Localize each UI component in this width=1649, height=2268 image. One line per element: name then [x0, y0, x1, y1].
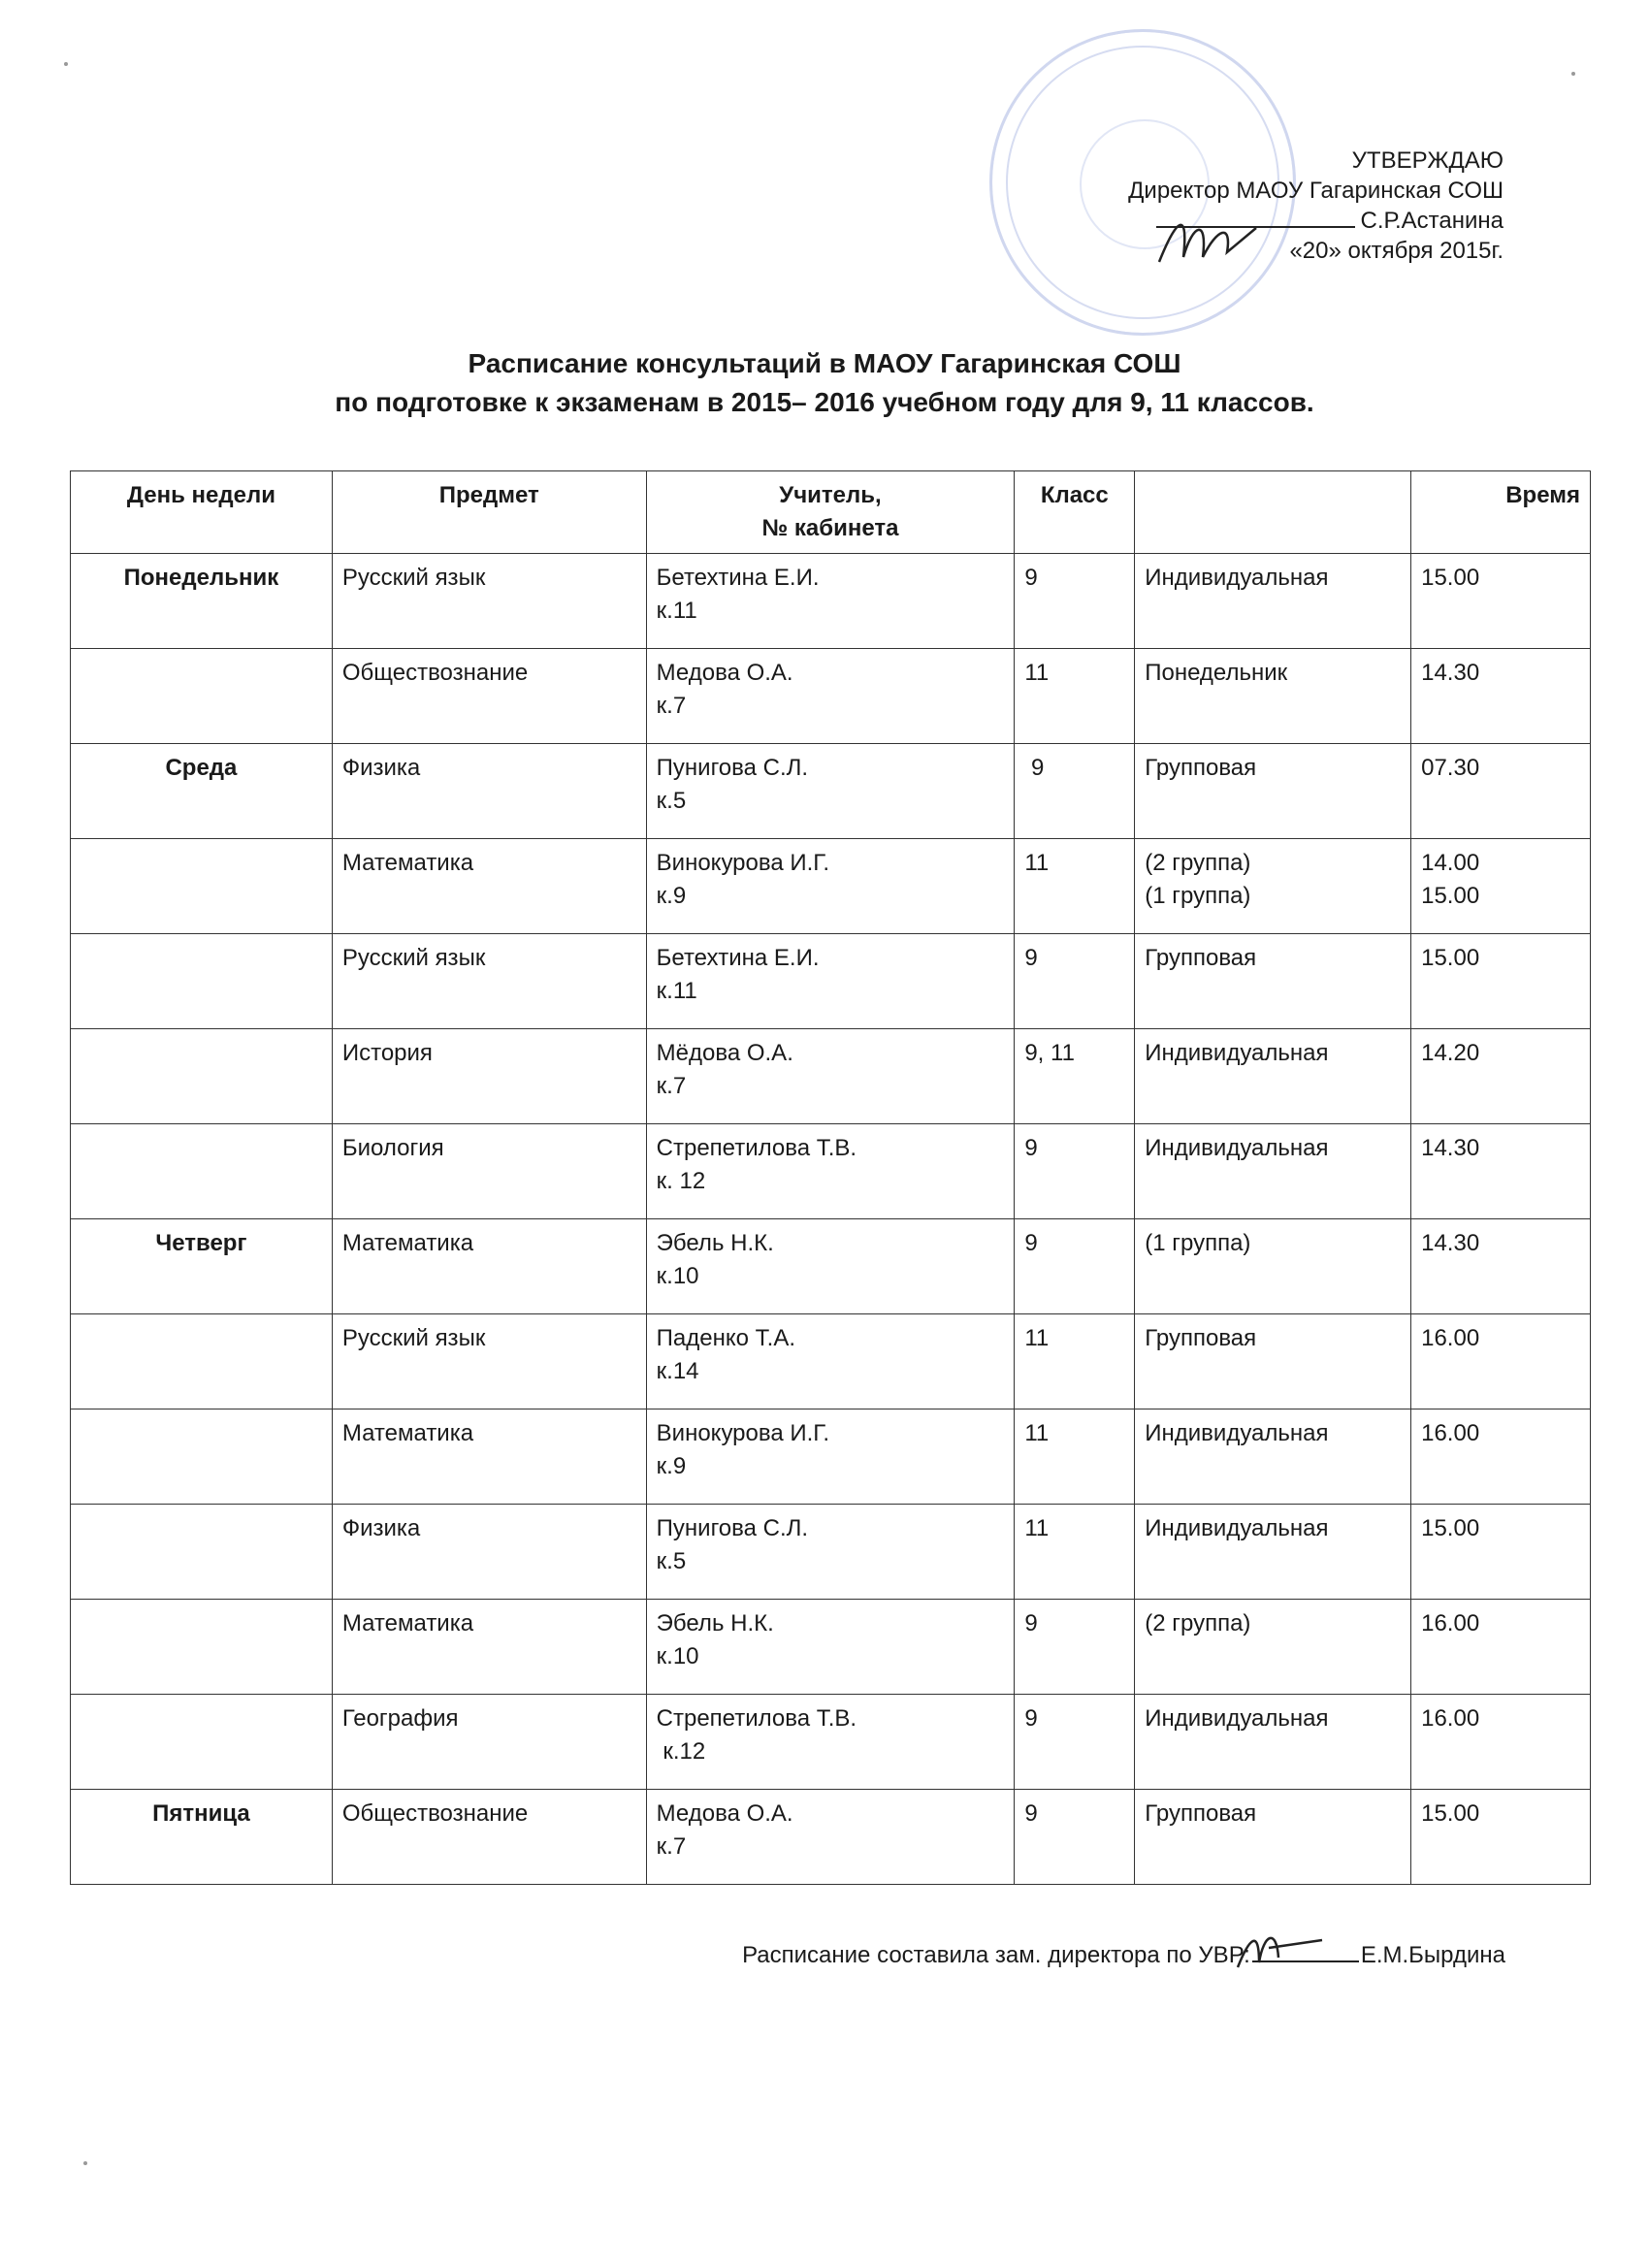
cell-day [71, 1505, 333, 1600]
teacher-name: Эбель Н.К. [657, 1227, 1005, 1260]
footer-name: Е.М.Бырдина [1361, 1942, 1505, 1968]
teacher-name: Пунигова С.Л. [657, 752, 1005, 785]
table-row: ИсторияМёдова О.А.к.79, 11Индивидуальная… [71, 1029, 1591, 1124]
type-line-1: Групповая [1145, 752, 1401, 785]
cell-class: 9 [1015, 554, 1135, 649]
cell-time: 15.00 [1411, 1505, 1591, 1600]
cell-type: Понедельник [1135, 649, 1411, 744]
cell-teacher: Стрепетилова Т.В.к. 12 [646, 1124, 1015, 1219]
cell-day [71, 1695, 333, 1790]
room-number: к. 12 [657, 1165, 1005, 1198]
room-number: к.9 [657, 880, 1005, 913]
cell-teacher: Медова О.А.к.7 [646, 649, 1015, 744]
cell-type: (2 группа) [1135, 1600, 1411, 1695]
cell-type: Индивидуальная [1135, 1505, 1411, 1600]
header-class: Класс [1015, 471, 1135, 554]
cell-subject: Русский язык [332, 934, 646, 1029]
cell-class: 9, 11 [1015, 1029, 1135, 1124]
room-number: к.11 [657, 975, 1005, 1008]
cell-class: 9 [1015, 1790, 1135, 1885]
table-row: ПонедельникРусский языкБетехтина Е.И.к.1… [71, 554, 1591, 649]
cell-class: 9 [1015, 1600, 1135, 1695]
cell-subject: Математика [332, 1409, 646, 1505]
cell-type: Индивидуальная [1135, 1029, 1411, 1124]
cell-class: 11 [1015, 1409, 1135, 1505]
cell-time: 16.00 [1411, 1314, 1591, 1409]
room-number: к.7 [657, 1070, 1005, 1103]
type-line-1: (2 группа) [1145, 847, 1401, 880]
room-number: к.9 [657, 1450, 1005, 1483]
cell-time: 15.00 [1411, 554, 1591, 649]
teacher-name: Пунигова С.Л. [657, 1512, 1005, 1545]
header-time: Время [1411, 471, 1591, 554]
cell-teacher: Пунигова С.Л.к.5 [646, 744, 1015, 839]
cell-subject: Физика [332, 744, 646, 839]
cell-time: 15.00 [1411, 934, 1591, 1029]
room-number: к.14 [657, 1355, 1005, 1388]
cell-day [71, 1600, 333, 1695]
type-line-1: Индивидуальная [1145, 1037, 1401, 1070]
type-line-2: (1 группа) [1145, 880, 1401, 913]
header-teacher-line2: № кабинета [657, 512, 1005, 545]
table-row: МатематикаЭбель Н.К.к.109(2 группа)16.00 [71, 1600, 1591, 1695]
cell-time: 15.00 [1411, 1790, 1591, 1885]
teacher-name: Мёдова О.А. [657, 1037, 1005, 1070]
cell-time: 16.00 [1411, 1695, 1591, 1790]
teacher-name: Медова О.А. [657, 657, 1005, 690]
teacher-name: Паденко Т.А. [657, 1322, 1005, 1355]
cell-teacher: Винокурова И.Г.к.9 [646, 839, 1015, 934]
time-line-2: 15.00 [1421, 880, 1580, 913]
cell-day [71, 839, 333, 934]
cell-day: Пятница [71, 1790, 333, 1885]
room-number: к.10 [657, 1260, 1005, 1293]
footer-compiled-by: Расписание составила зам. директора по У… [742, 1942, 1505, 1969]
time-line-1: 15.00 [1421, 562, 1580, 595]
table-row: МатематикаВинокурова И.Г.к.911(2 группа)… [71, 839, 1591, 934]
cell-teacher: Винокурова И.Г.к.9 [646, 1409, 1015, 1505]
header-teacher: Учитель, № кабинета [646, 471, 1015, 554]
cell-subject: Русский язык [332, 1314, 646, 1409]
cell-day [71, 649, 333, 744]
type-line-1: Групповая [1145, 942, 1401, 975]
time-line-1: 15.00 [1421, 1798, 1580, 1831]
cell-class: 9 [1015, 744, 1135, 839]
table-row: ОбществознаниеМедова О.А.к.711Понедельни… [71, 649, 1591, 744]
header-subject: Предмет [332, 471, 646, 554]
cell-teacher: Пунигова С.Л.к.5 [646, 1505, 1015, 1600]
cell-subject: Математика [332, 839, 646, 934]
director-signature [1149, 204, 1266, 281]
table-row: СредаФизикаПунигова С.Л.к.5 9Групповая07… [71, 744, 1591, 839]
cell-time: 14.30 [1411, 649, 1591, 744]
table-row: ПятницаОбществознаниеМедова О.А.к.79Груп… [71, 1790, 1591, 1885]
header-teacher-line1: Учитель, [657, 479, 1005, 512]
time-line-1: 14.30 [1421, 1132, 1580, 1165]
deputy-signature [1230, 1919, 1327, 1977]
cell-type: Групповая [1135, 1314, 1411, 1409]
cell-time: 16.00 [1411, 1600, 1591, 1695]
footer-prefix: Расписание составила зам. директора по У… [742, 1942, 1250, 1968]
time-line-1: 16.00 [1421, 1417, 1580, 1450]
cell-type: Групповая [1135, 744, 1411, 839]
room-number: к.7 [657, 690, 1005, 723]
teacher-name: Винокурова И.Г. [657, 847, 1005, 880]
room-number: к.12 [657, 1735, 1005, 1768]
header-type [1135, 471, 1411, 554]
type-line-1: Индивидуальная [1145, 1702, 1401, 1735]
table-row: ЧетвергМатематикаЭбель Н.К.к.109(1 групп… [71, 1219, 1591, 1314]
type-line-1: (2 группа) [1145, 1607, 1401, 1640]
cell-class: 9 [1015, 1124, 1135, 1219]
cell-type: (2 группа)(1 группа) [1135, 839, 1411, 934]
cell-class: 11 [1015, 1314, 1135, 1409]
room-number: к.7 [657, 1831, 1005, 1863]
cell-subject: Математика [332, 1600, 646, 1695]
room-number: к.5 [657, 785, 1005, 818]
type-line-1: (1 группа) [1145, 1227, 1401, 1260]
cell-class: 9 [1015, 1219, 1135, 1314]
director-name: С.Р.Астанина [1361, 208, 1503, 234]
teacher-name: Эбель Н.К. [657, 1607, 1005, 1640]
cell-class: 11 [1015, 839, 1135, 934]
cell-class: 9 [1015, 934, 1135, 1029]
type-line-1: Индивидуальная [1145, 1417, 1401, 1450]
table-row: Русский языкПаденко Т.А.к.1411Групповая1… [71, 1314, 1591, 1409]
document-title: Расписание консультаций в МАОУ Гагаринск… [0, 344, 1649, 422]
type-line-1: Индивидуальная [1145, 1132, 1401, 1165]
time-line-1: 14.30 [1421, 657, 1580, 690]
type-line-1: Понедельник [1145, 657, 1401, 690]
cell-type: (1 группа) [1135, 1219, 1411, 1314]
cell-day [71, 1409, 333, 1505]
teacher-name: Стрепетилова Т.В. [657, 1132, 1005, 1165]
cell-day [71, 1029, 333, 1124]
cell-type: Индивидуальная [1135, 1124, 1411, 1219]
cell-class: 11 [1015, 1505, 1135, 1600]
time-line-1: 15.00 [1421, 1512, 1580, 1545]
cell-day: Понедельник [71, 554, 333, 649]
cell-day: Среда [71, 744, 333, 839]
cell-time: 14.30 [1411, 1124, 1591, 1219]
time-line-1: 16.00 [1421, 1702, 1580, 1735]
cell-teacher: Стрепетилова Т.В. к.12 [646, 1695, 1015, 1790]
table-row: БиологияСтрепетилова Т.В.к. 129Индивидуа… [71, 1124, 1591, 1219]
table-header-row: День недели Предмет Учитель, № кабинета … [71, 471, 1591, 554]
cell-class: 11 [1015, 649, 1135, 744]
teacher-name: Бетехтина Е.И. [657, 562, 1005, 595]
cell-type: Групповая [1135, 934, 1411, 1029]
header-day: День недели [71, 471, 333, 554]
scan-speck [83, 2161, 87, 2165]
cell-time: 07.30 [1411, 744, 1591, 839]
cell-teacher: Бетехтина Е.И.к.11 [646, 934, 1015, 1029]
cell-subject: Биология [332, 1124, 646, 1219]
cell-type: Индивидуальная [1135, 554, 1411, 649]
room-number: к.11 [657, 595, 1005, 628]
cell-subject: Физика [332, 1505, 646, 1600]
cell-class: 9 [1015, 1695, 1135, 1790]
scan-speck [1571, 72, 1575, 76]
cell-teacher: Мёдова О.А.к.7 [646, 1029, 1015, 1124]
cell-time: 16.00 [1411, 1409, 1591, 1505]
teacher-name: Медова О.А. [657, 1798, 1005, 1831]
cell-day [71, 1124, 333, 1219]
type-line-1: Индивидуальная [1145, 1512, 1401, 1545]
cell-time: 14.20 [1411, 1029, 1591, 1124]
cell-teacher: Эбель Н.К.к.10 [646, 1219, 1015, 1314]
cell-subject: Обществознание [332, 649, 646, 744]
time-line-1: 14.20 [1421, 1037, 1580, 1070]
cell-time: 14.30 [1411, 1219, 1591, 1314]
approval-position: Директор МАОУ Гагаринская СОШ [1128, 176, 1503, 206]
scan-speck [64, 62, 68, 66]
time-line-1: 15.00 [1421, 942, 1580, 975]
approval-heading: УТВЕРЖДАЮ [1128, 146, 1503, 176]
time-line-1: 16.00 [1421, 1322, 1580, 1355]
cell-subject: География [332, 1695, 646, 1790]
type-line-1: Индивидуальная [1145, 562, 1401, 595]
cell-teacher: Эбель Н.К.к.10 [646, 1600, 1015, 1695]
time-line-1: 14.30 [1421, 1227, 1580, 1260]
teacher-name: Стрепетилова Т.В. [657, 1702, 1005, 1735]
cell-time: 14.0015.00 [1411, 839, 1591, 934]
cell-subject: История [332, 1029, 646, 1124]
title-line-1: Расписание консультаций в МАОУ Гагаринск… [0, 344, 1649, 383]
cell-type: Групповая [1135, 1790, 1411, 1885]
cell-teacher: Бетехтина Е.И.к.11 [646, 554, 1015, 649]
cell-day: Четверг [71, 1219, 333, 1314]
cell-teacher: Медова О.А.к.7 [646, 1790, 1015, 1885]
time-line-1: 07.30 [1421, 752, 1580, 785]
teacher-name: Бетехтина Е.И. [657, 942, 1005, 975]
teacher-name: Винокурова И.Г. [657, 1417, 1005, 1450]
table-row: Русский языкБетехтина Е.И.к.119Групповая… [71, 934, 1591, 1029]
table-row: ГеографияСтрепетилова Т.В. к.129Индивиду… [71, 1695, 1591, 1790]
table-row: ФизикаПунигова С.Л.к.511Индивидуальная15… [71, 1505, 1591, 1600]
cell-day [71, 1314, 333, 1409]
cell-type: Индивидуальная [1135, 1409, 1411, 1505]
cell-subject: Русский язык [332, 554, 646, 649]
time-line-1: 14.00 [1421, 847, 1580, 880]
room-number: к.5 [657, 1545, 1005, 1578]
title-line-2: по подготовке к экзаменам в 2015– 2016 у… [0, 383, 1649, 422]
cell-type: Индивидуальная [1135, 1695, 1411, 1790]
cell-teacher: Паденко Т.А.к.14 [646, 1314, 1015, 1409]
schedule-table: День недели Предмет Учитель, № кабинета … [70, 470, 1591, 1885]
cell-subject: Математика [332, 1219, 646, 1314]
cell-day [71, 934, 333, 1029]
room-number: к.10 [657, 1640, 1005, 1673]
type-line-1: Групповая [1145, 1798, 1401, 1831]
time-line-1: 16.00 [1421, 1607, 1580, 1640]
cell-subject: Обществознание [332, 1790, 646, 1885]
table-row: МатематикаВинокурова И.Г.к.911Индивидуал… [71, 1409, 1591, 1505]
type-line-1: Групповая [1145, 1322, 1401, 1355]
